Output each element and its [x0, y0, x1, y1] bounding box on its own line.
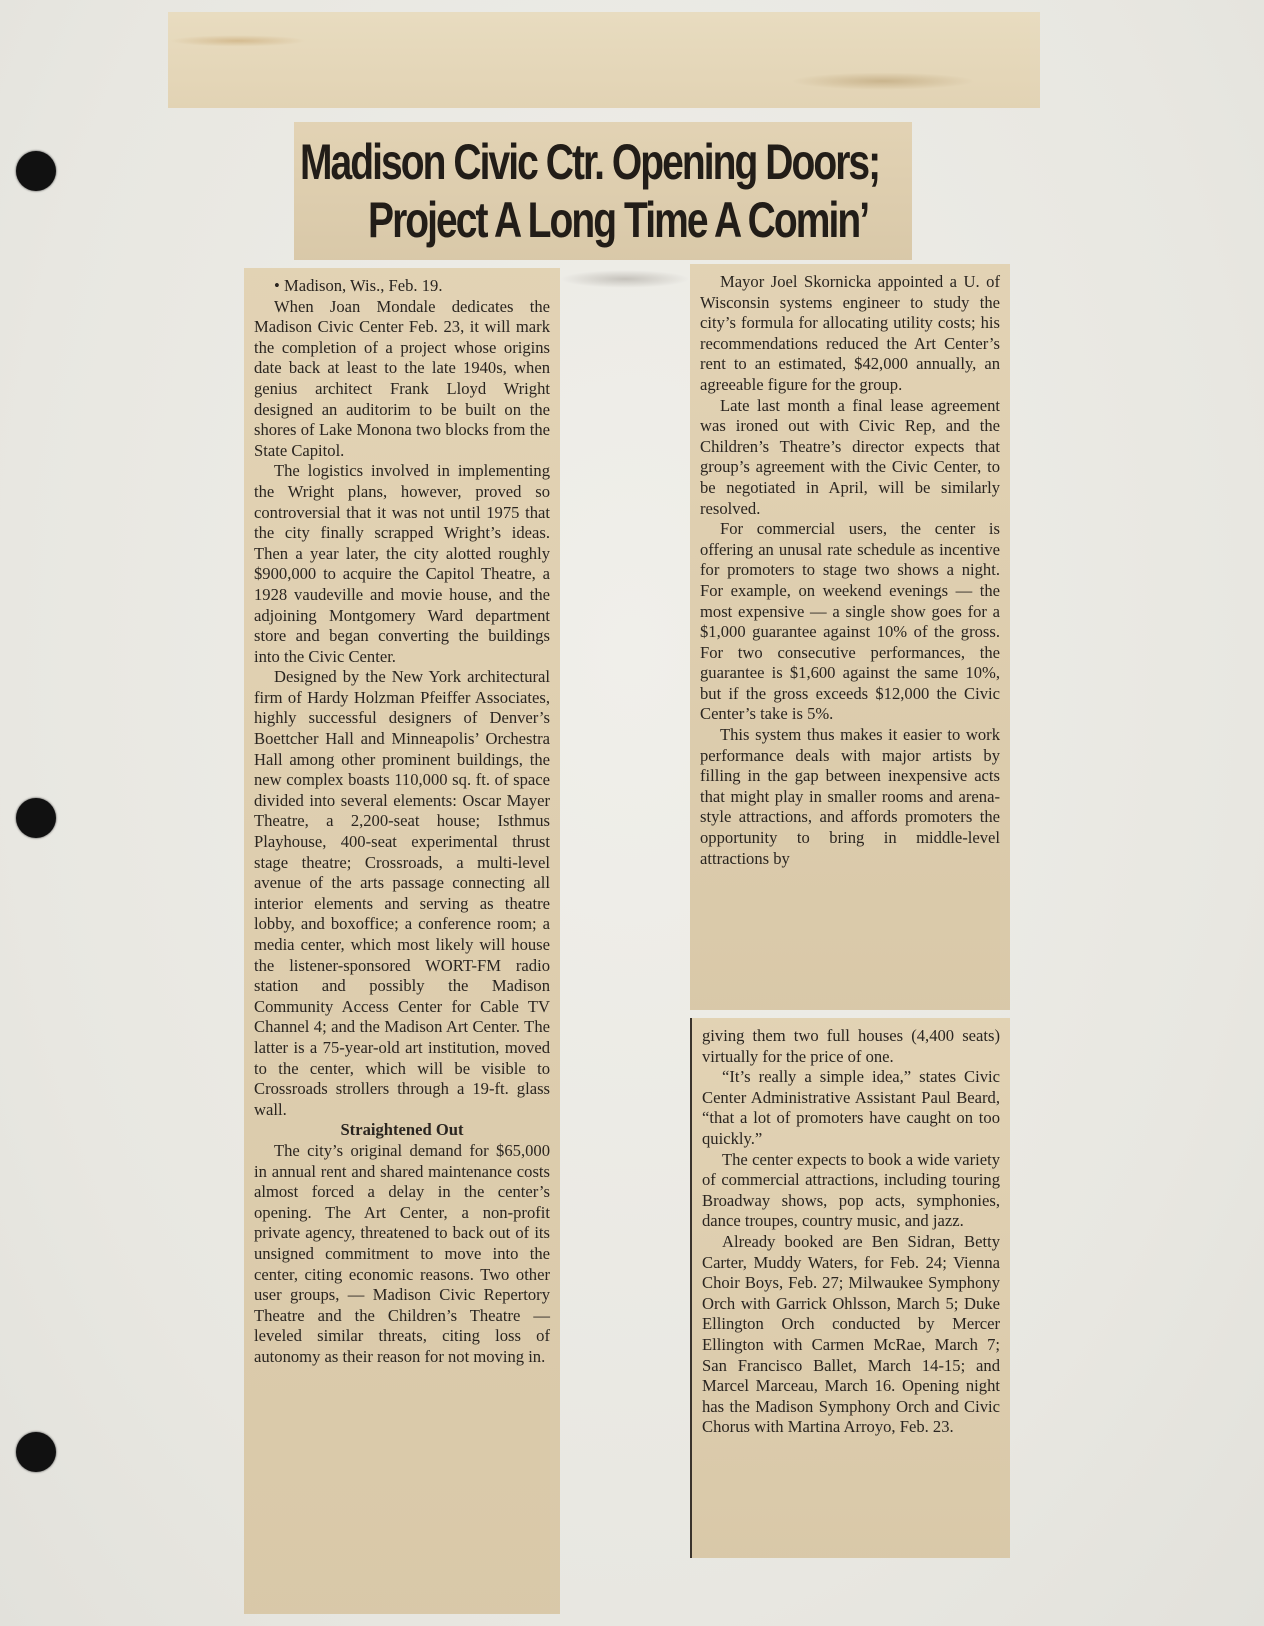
headline-line-1: Madison Civic Ctr. Opening Doors; [300, 133, 777, 191]
paragraph: Already booked are Ben Sidran, Betty Car… [702, 1232, 1000, 1438]
punch-hole-middle [16, 798, 56, 838]
headline-line-2: Project A Long Time A Comin’ [368, 191, 792, 249]
paragraph: Mayor Joel Skornicka appointed a U. of W… [700, 272, 1000, 396]
paragraph: Designed by the New York architectural f… [254, 667, 550, 1120]
headline-clipping: Madison Civic Ctr. Opening Doors; Projec… [294, 122, 912, 260]
tape-stain-strip [168, 12, 1040, 108]
article-column-2: Mayor Joel Skornicka appointed a U. of W… [690, 264, 1010, 1010]
paragraph: The center expects to book a wide variet… [702, 1150, 1000, 1232]
paragraph: Late last month a final lease agreement … [700, 396, 1000, 520]
torn-edge-smudge [560, 270, 690, 288]
paragraph: This system thus makes it easier to work… [700, 725, 1000, 869]
article-column-1: • Madison, Wis., Feb. 19. When Joan Mond… [244, 268, 560, 1614]
paragraph: For commercial users, the center is offe… [700, 519, 1000, 725]
continuation-text: giving them two full houses (4,400 seats… [702, 1026, 1000, 1067]
paragraph: When Joan Mondale dedicates the Madison … [254, 297, 550, 462]
punch-hole-top [16, 151, 56, 191]
paragraph: The logistics involved in implementing t… [254, 461, 550, 667]
paragraph: “It’s really a simple idea,” states Civi… [702, 1067, 1000, 1149]
punch-hole-bottom [16, 1432, 56, 1472]
paragraph: The city’s original demand for $65,000 i… [254, 1141, 550, 1368]
subheading: Straightened Out [254, 1120, 550, 1141]
article-column-3: giving them two full houses (4,400 seats… [690, 1018, 1010, 1558]
dateline: • Madison, Wis., Feb. 19. [254, 276, 550, 297]
